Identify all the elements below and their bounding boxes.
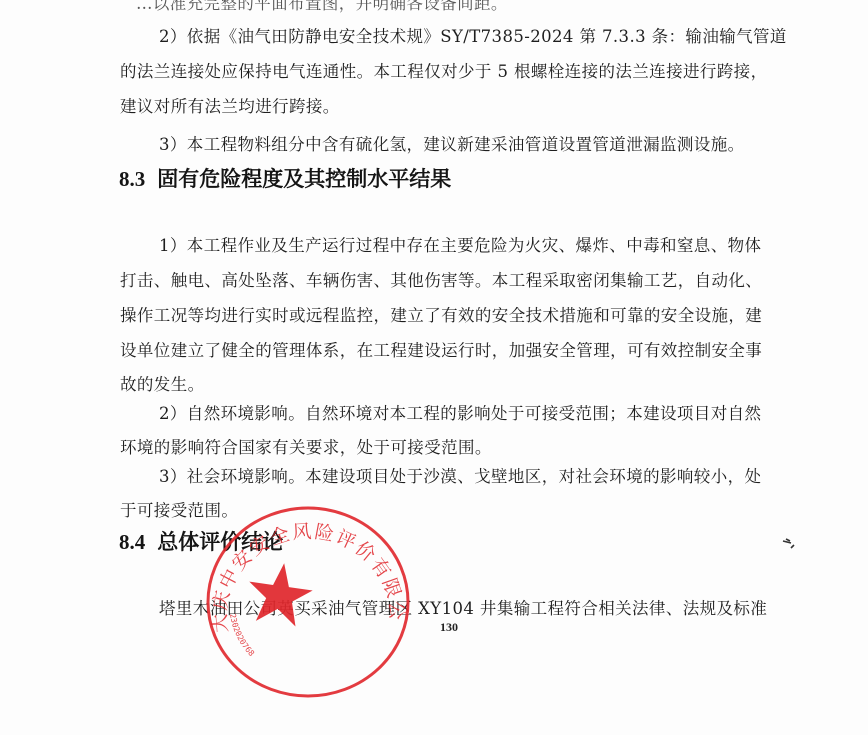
section-number: 8.3 [119,167,145,191]
s83-item-1-line-1: 1）本工程作业及生产运行过程中存在主要危险为火灾、爆炸、中毒和窒息、物体 [159,236,761,256]
section-title: 固有危险程度及其控制水平结果 [157,166,451,191]
s83-item-2-line-1: 2）自然环境影响。自然环境对本工程的影响处于可接受范围；本建设项目对自然 [159,404,761,424]
document-page: …以准充完整的平面布置图，并明确各设备间距。 2）依据《油气田防静电安全技术规》… [0,0,868,735]
section-8-3-heading: 8.3固有危险程度及其控制水平结果 [119,166,451,192]
item-3-line-1: 3）本工程物料组分中含有硫化氢，建议新建采油管道设置管道泄漏监测设施。 [159,135,745,155]
s83-item-2-line-2: 环境的影响符合国家有关要求，处于可接受范围。 [120,438,492,458]
item-2-line-3: 建议对所有法兰均进行跨接。 [120,97,340,117]
s83-item-3-line-2: 于可接受范围。 [120,501,238,521]
s83-item-1-line-5: 故的发生。 [120,375,205,395]
scan-artifact-icon [781,536,801,552]
page-number: 130 [440,620,458,635]
item-2-line-1: 2）依据《油气田防静电安全技术规》SY/T7385-2024 第 7.3.3 条… [159,27,787,47]
s83-item-1-line-4: 设单位建立了健全的管理体系，在工程建设运行时，加强安全管理，可有效控制安全事 [120,341,762,361]
section-8-4-heading: 8.4总体评价结论 [119,529,283,555]
s83-item-3-line-1: 3）社会环境影响。本建设项目处于沙漠、戈壁地区，对社会环境的影响较小，处 [159,467,761,487]
seal-serial-text: 2302020768 [228,613,256,658]
svg-text:2302020768: 2302020768 [228,613,256,658]
section-title: 总体评价结论 [157,529,283,554]
s83-item-1-line-3: 操作工况等均进行实时或远程监控，建立了有效的安全技术措施和可靠的安全设施，建 [120,306,762,326]
section-number: 8.4 [119,530,145,554]
s83-item-1-line-2: 打击、触电、高处坠落、车辆伤害、其他伤害等。本工程采取密闭集输工艺，自动化、 [120,271,762,291]
item-2-line-2: 的法兰连接处应保持电气连通性。本工程仅对少于 5 根螺栓连接的法兰连接进行跨接， [120,62,768,82]
s84-line-1: 塔里木油田公司英买采油气管理区 XY104 井集输工程符合相关法律、法规及标准 [159,599,767,619]
top-fragment-line: …以准充完整的平面布置图，并明确各设备间距。 [136,0,508,14]
